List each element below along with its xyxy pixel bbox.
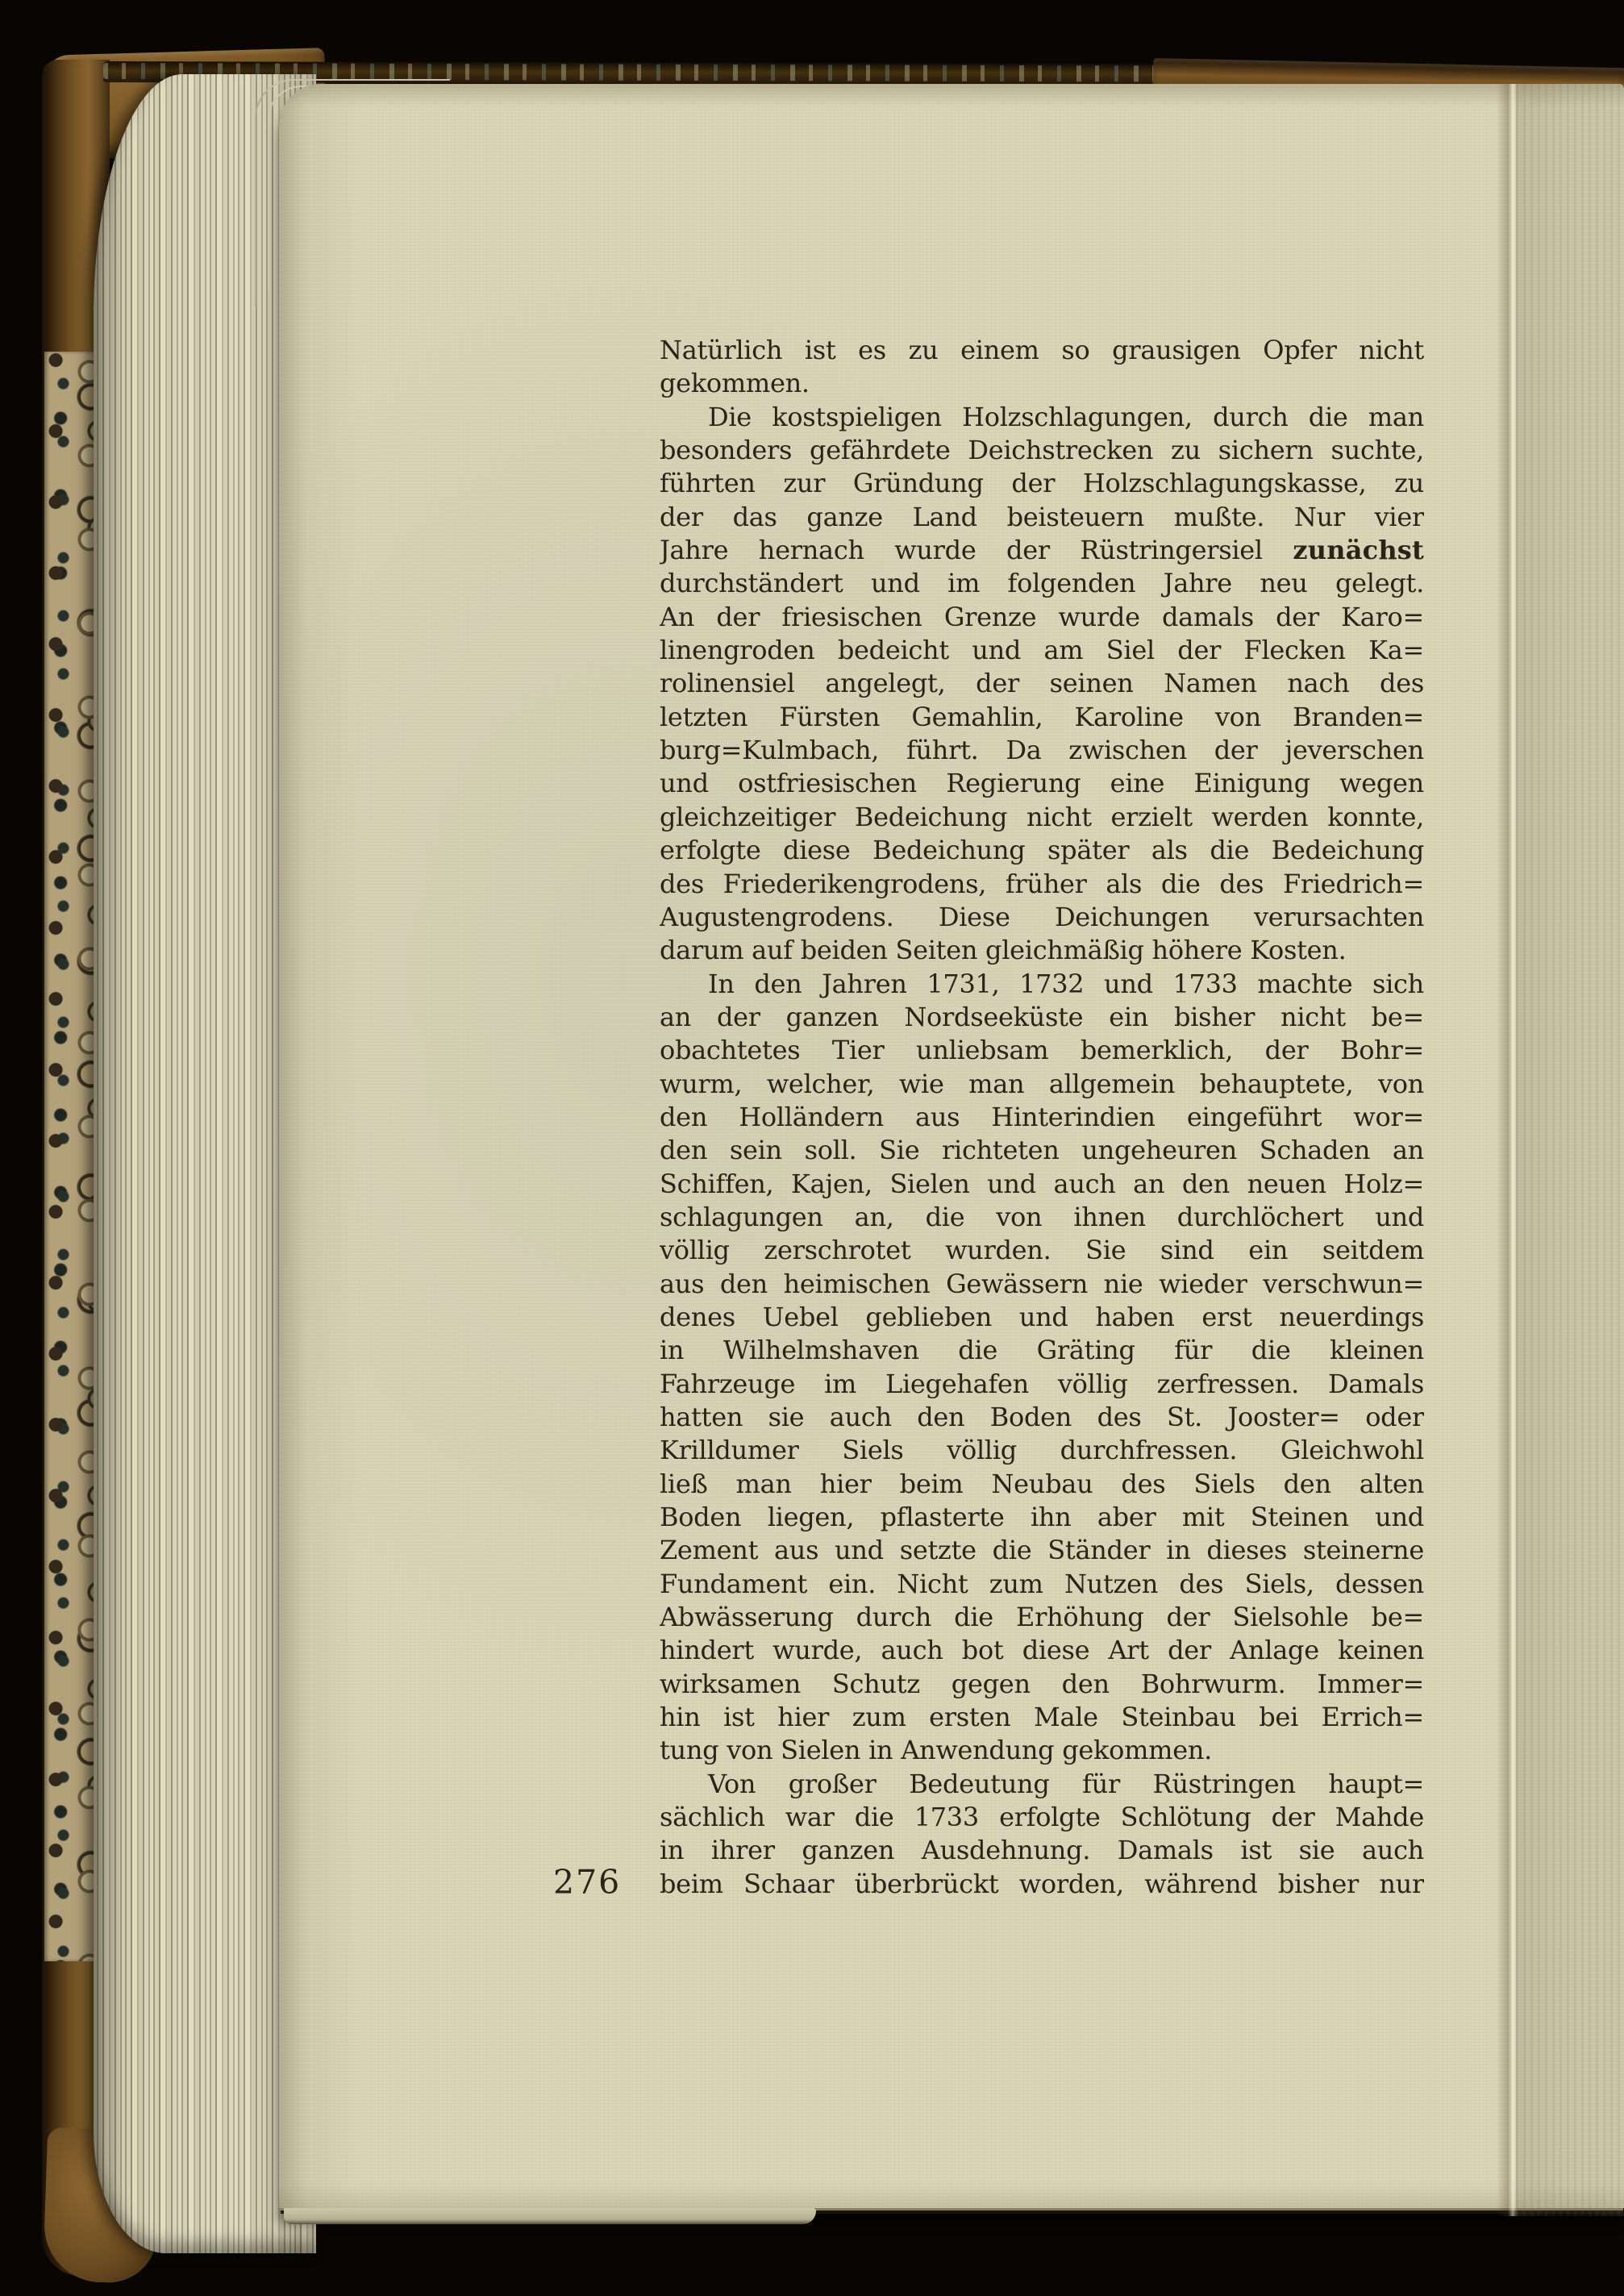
text-line: Fundament ein. Nicht zum Nutzen des Siel… — [660, 1568, 1424, 1601]
text-line: hatten sie auch den Boden des St. Jooste… — [660, 1401, 1424, 1434]
text-line: Natürlich ist es zu einem so grausigen O… — [660, 334, 1424, 367]
text-line: durchständert und im folgenden Jahre neu… — [660, 567, 1424, 600]
text-line: linengroden bedeicht und am Siel der Fle… — [660, 634, 1424, 667]
text-block: Natürlich ist es zu einem so grausigen O… — [660, 334, 1424, 1901]
text-line: des Friederikengrodens, früher als die d… — [660, 868, 1424, 901]
text-line: denes Uebel geblieben und haben erst neu… — [660, 1301, 1424, 1334]
text-line: Augustengrodens. Diese Deichungen verurs… — [660, 901, 1424, 934]
text-line: in Wilhelmshaven die Gräting für die kle… — [660, 1334, 1424, 1367]
text-line: hindert wurde, auch bot diese Art der An… — [660, 1634, 1424, 1667]
text-line: gleichzeitiger Bedeichung nicht erzielt … — [660, 801, 1424, 834]
text-line: Krilldumer Siels völlig durchfressen. Gl… — [660, 1434, 1424, 1467]
text-line: In den Jahren 1731, 1732 und 1733 machte… — [660, 968, 1424, 1001]
text-line: der das ganze Land beisteuern mußte. Nur… — [660, 501, 1424, 534]
text-line: Fahrzeuge im Liegehafen völlig zerfresse… — [660, 1368, 1424, 1401]
text-line: an der ganzen Nordseeküste ein bisher ni… — [660, 1001, 1424, 1034]
text-line: rolinensiel angelegt, der seinen Namen n… — [660, 667, 1424, 700]
text-line: ließ man hier beim Neubau des Siels den … — [660, 1468, 1424, 1501]
text-line: hin ist hier zum ersten Male Steinbau be… — [660, 1701, 1424, 1734]
page-number: 276 — [553, 1865, 621, 1900]
text-line: Zement aus und setzte die Ständer in die… — [660, 1534, 1424, 1567]
text-line: darum auf beiden Seiten gleichmäßig höhe… — [660, 934, 1424, 967]
under-page-bottom-edge — [284, 2208, 816, 2224]
text-line: tung von Sielen in Anwendung gekommen. — [660, 1734, 1424, 1767]
text-line: Boden liegen, pflasterte ihn aber mit St… — [660, 1501, 1424, 1534]
text-line: Abwässerung durch die Erhöhung der Siels… — [660, 1601, 1424, 1634]
text-line: An der friesischen Grenze wurde damals d… — [660, 601, 1424, 634]
text-line: Schiffen, Kajen, Sielen und auch an den … — [660, 1168, 1424, 1201]
text-line: aus den heimischen Gewässern nie wieder … — [660, 1268, 1424, 1301]
text-line: den sein soll. Sie richteten ungeheuren … — [660, 1134, 1424, 1167]
text-line: letzten Fürsten Gemahlin, Karoline von B… — [660, 701, 1424, 734]
text-line: völlig zerschrotet wurden. Sie sind ein … — [660, 1234, 1424, 1267]
text-line: führten zur Gründung der Holzschlagungsk… — [660, 467, 1424, 500]
text-line: schlagungen an, die von ihnen durchlöche… — [660, 1201, 1424, 1234]
book-photo-scene: 276 Natürlich ist es zu einem so grausig… — [0, 0, 1624, 2296]
text-line: sächlich war die 1733 erfolgte Schlötung… — [660, 1801, 1424, 1834]
text-line: Die kostspieligen Holzschlagungen, durch… — [660, 401, 1424, 434]
text-line: burg=Kulmbach, führt. Da zwischen der je… — [660, 734, 1424, 767]
text-line: in ihrer ganzen Ausdehnung. Damals ist s… — [660, 1834, 1424, 1867]
text-line: obachtetes Tier unliebsam bemerklich, de… — [660, 1034, 1424, 1067]
text-line: den Holländern aus Hinterindien eingefüh… — [660, 1101, 1424, 1134]
text-line: gekommen. — [660, 367, 1424, 400]
text-line: wurm, welcher, wie man allgemein behaupt… — [660, 1068, 1424, 1101]
text-line: Von großer Bedeutung für Rüstringen haup… — [660, 1768, 1424, 1801]
text-line: erfolgte diese Bedeichung später als die… — [660, 834, 1424, 867]
text-line: wirksamen Schutz gegen den Bohrwurm. Imm… — [660, 1668, 1424, 1701]
text-line: und ostfriesischen Regierung eine Einigu… — [660, 767, 1424, 800]
text-line: beim Schaar überbrückt worden, während b… — [660, 1868, 1424, 1901]
text-line: Jahre hernach wurde der Rüstringersiel z… — [660, 534, 1424, 567]
text-line: besonders gefährdete Deichstrecken zu si… — [660, 434, 1424, 467]
